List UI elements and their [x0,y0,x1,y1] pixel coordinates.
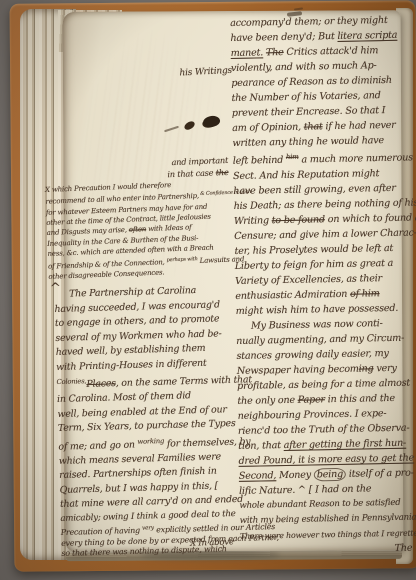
left-text-column: The Partnership at Carolinahaving succee… [54,283,244,560]
manuscript-photo: his Writings and importantin that case t… [0,0,416,580]
main-text-column: accompany'd them; or they mighthave been… [230,12,416,558]
margin-insert-passage: and importantin that case theX which Pre… [44,155,236,282]
handwritten-line: left behind him a much more numerous [233,147,416,168]
bottom-insertion-note: X In above [190,537,234,549]
